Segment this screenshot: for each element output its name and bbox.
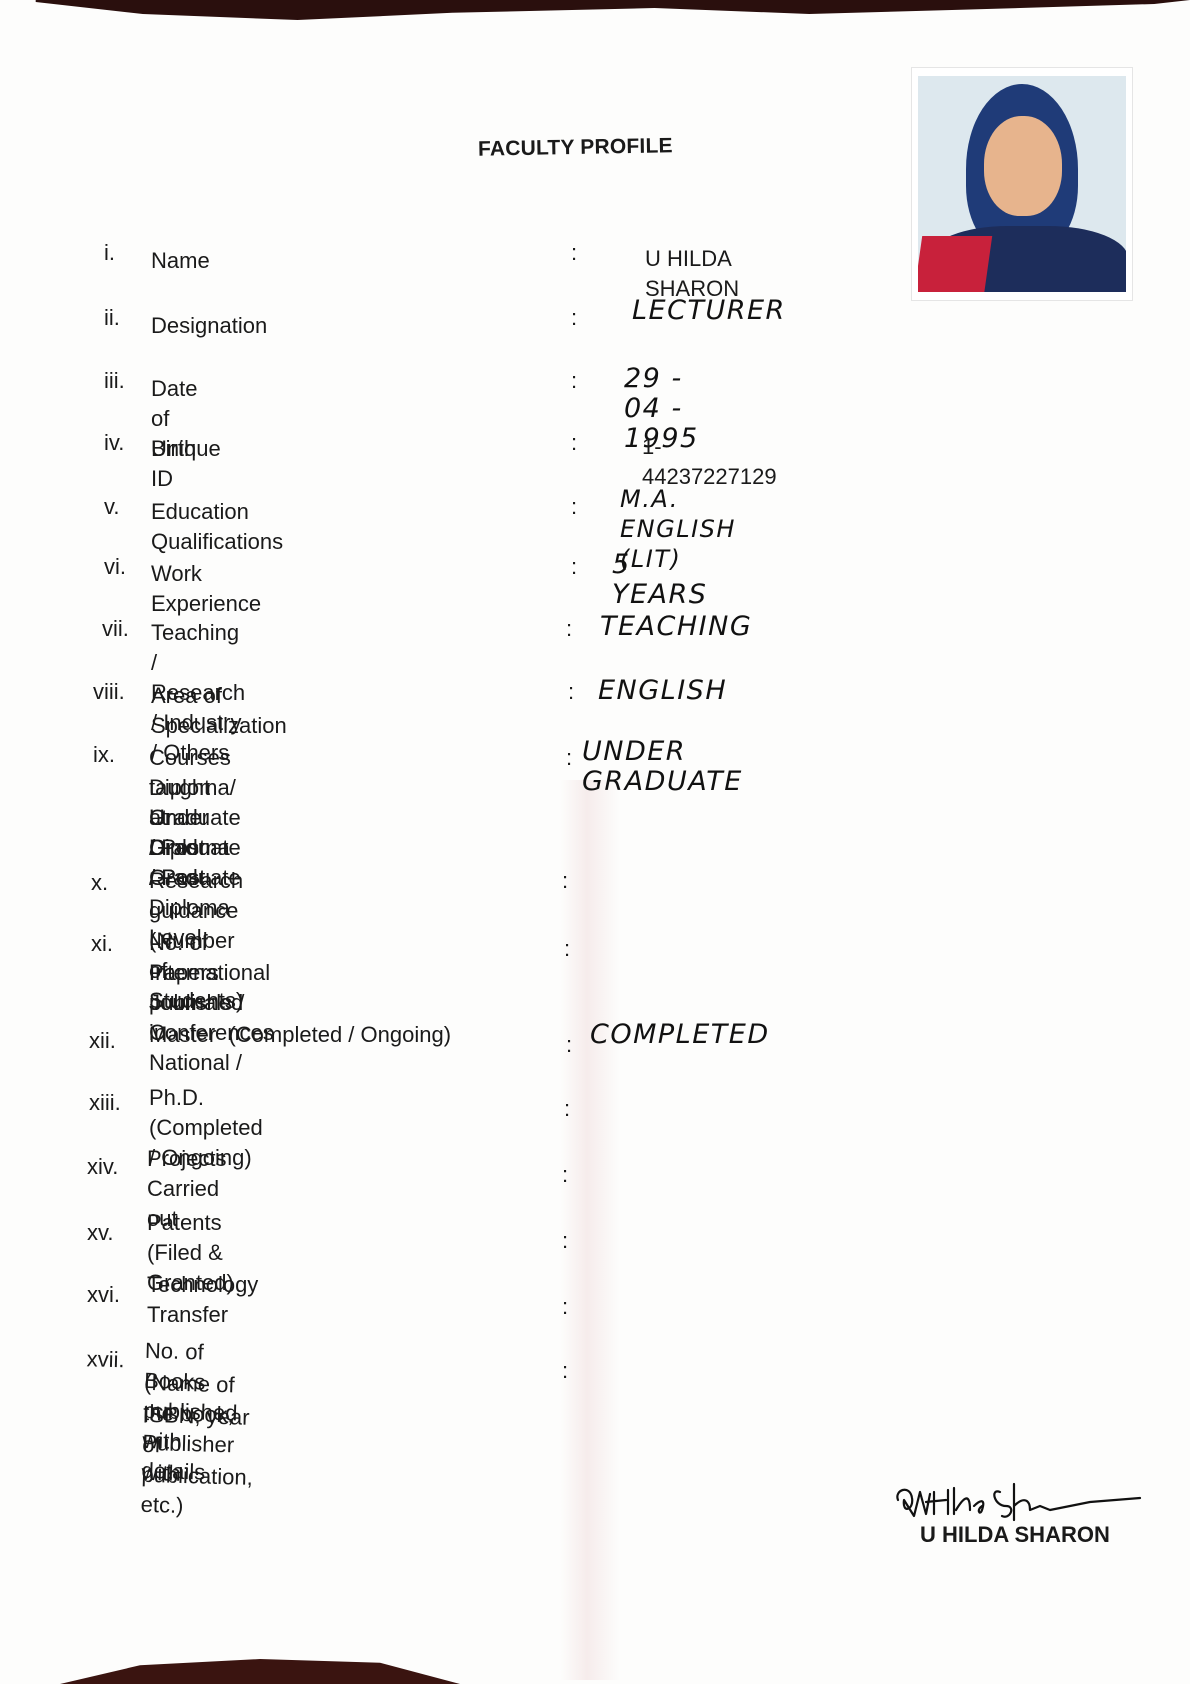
field-colon: : bbox=[571, 366, 577, 396]
field-colon: : bbox=[568, 677, 574, 707]
field-value: 1-44237227129 bbox=[642, 432, 777, 492]
field-label: Name bbox=[151, 246, 210, 276]
scan-edge-top bbox=[0, 0, 1190, 40]
profile-photo bbox=[912, 68, 1132, 300]
field-colon: : bbox=[571, 303, 577, 333]
paper-crease bbox=[560, 780, 620, 1680]
field-value: UNDER GRADUATE bbox=[582, 737, 743, 797]
signatory-name: U HILDA SHARON bbox=[920, 1522, 1110, 1548]
field-value: ENGLISH bbox=[598, 676, 727, 706]
field-colon: : bbox=[571, 428, 577, 458]
field-number: xvii. bbox=[86, 1344, 147, 1376]
field-colon: : bbox=[566, 614, 572, 644]
field-colon: : bbox=[571, 238, 577, 268]
field-number: ix. bbox=[93, 740, 153, 770]
field-number: xi. bbox=[91, 929, 151, 959]
field-colon: : bbox=[564, 934, 570, 964]
field-label: Master (Completed / Ongoing) bbox=[149, 1020, 451, 1050]
field-label: Education Qualifications bbox=[151, 497, 283, 557]
field-label: Technology Transfer bbox=[147, 1270, 258, 1330]
field-number: xii. bbox=[89, 1026, 149, 1056]
field-number: xiv. bbox=[87, 1152, 147, 1182]
field-colon: : bbox=[562, 1226, 568, 1256]
signature-block: U HILDA SHARON bbox=[890, 1470, 1150, 1560]
field-value: 5 YEARS bbox=[612, 550, 707, 610]
field-number: xvi. bbox=[87, 1280, 147, 1310]
field-colon: : bbox=[562, 866, 568, 896]
field-number: xv. bbox=[87, 1218, 147, 1248]
field-colon: : bbox=[564, 1094, 570, 1124]
field-label: Designation bbox=[151, 311, 267, 341]
field-number: viii. bbox=[93, 677, 153, 707]
field-number: x. bbox=[91, 868, 151, 898]
field-colon: : bbox=[571, 492, 577, 522]
field-value: TEACHING bbox=[600, 612, 752, 642]
field-label: Area of Specialization bbox=[151, 681, 287, 741]
page-title: FACULTY PROFILE bbox=[478, 134, 673, 161]
field-value: COMPLETED bbox=[590, 1020, 770, 1050]
photo-image bbox=[918, 76, 1126, 292]
field-colon: : bbox=[562, 1358, 568, 1384]
signature-scrawl bbox=[890, 1470, 1150, 1530]
field-label: Unique ID bbox=[151, 434, 221, 494]
field-colon: : bbox=[566, 1030, 572, 1060]
field-colon: : bbox=[562, 1160, 568, 1190]
field-colon: : bbox=[562, 1292, 568, 1322]
field-number: xiii. bbox=[89, 1088, 149, 1118]
field-value: LECTURER bbox=[632, 296, 786, 326]
field-label: Work Experience bbox=[151, 559, 261, 619]
field-label-line: ISBN, year of publication, etc.) bbox=[140, 1400, 255, 1523]
field-colon: : bbox=[571, 552, 577, 582]
field-colon: : bbox=[566, 743, 572, 773]
scan-edge-bottom bbox=[60, 1659, 460, 1684]
